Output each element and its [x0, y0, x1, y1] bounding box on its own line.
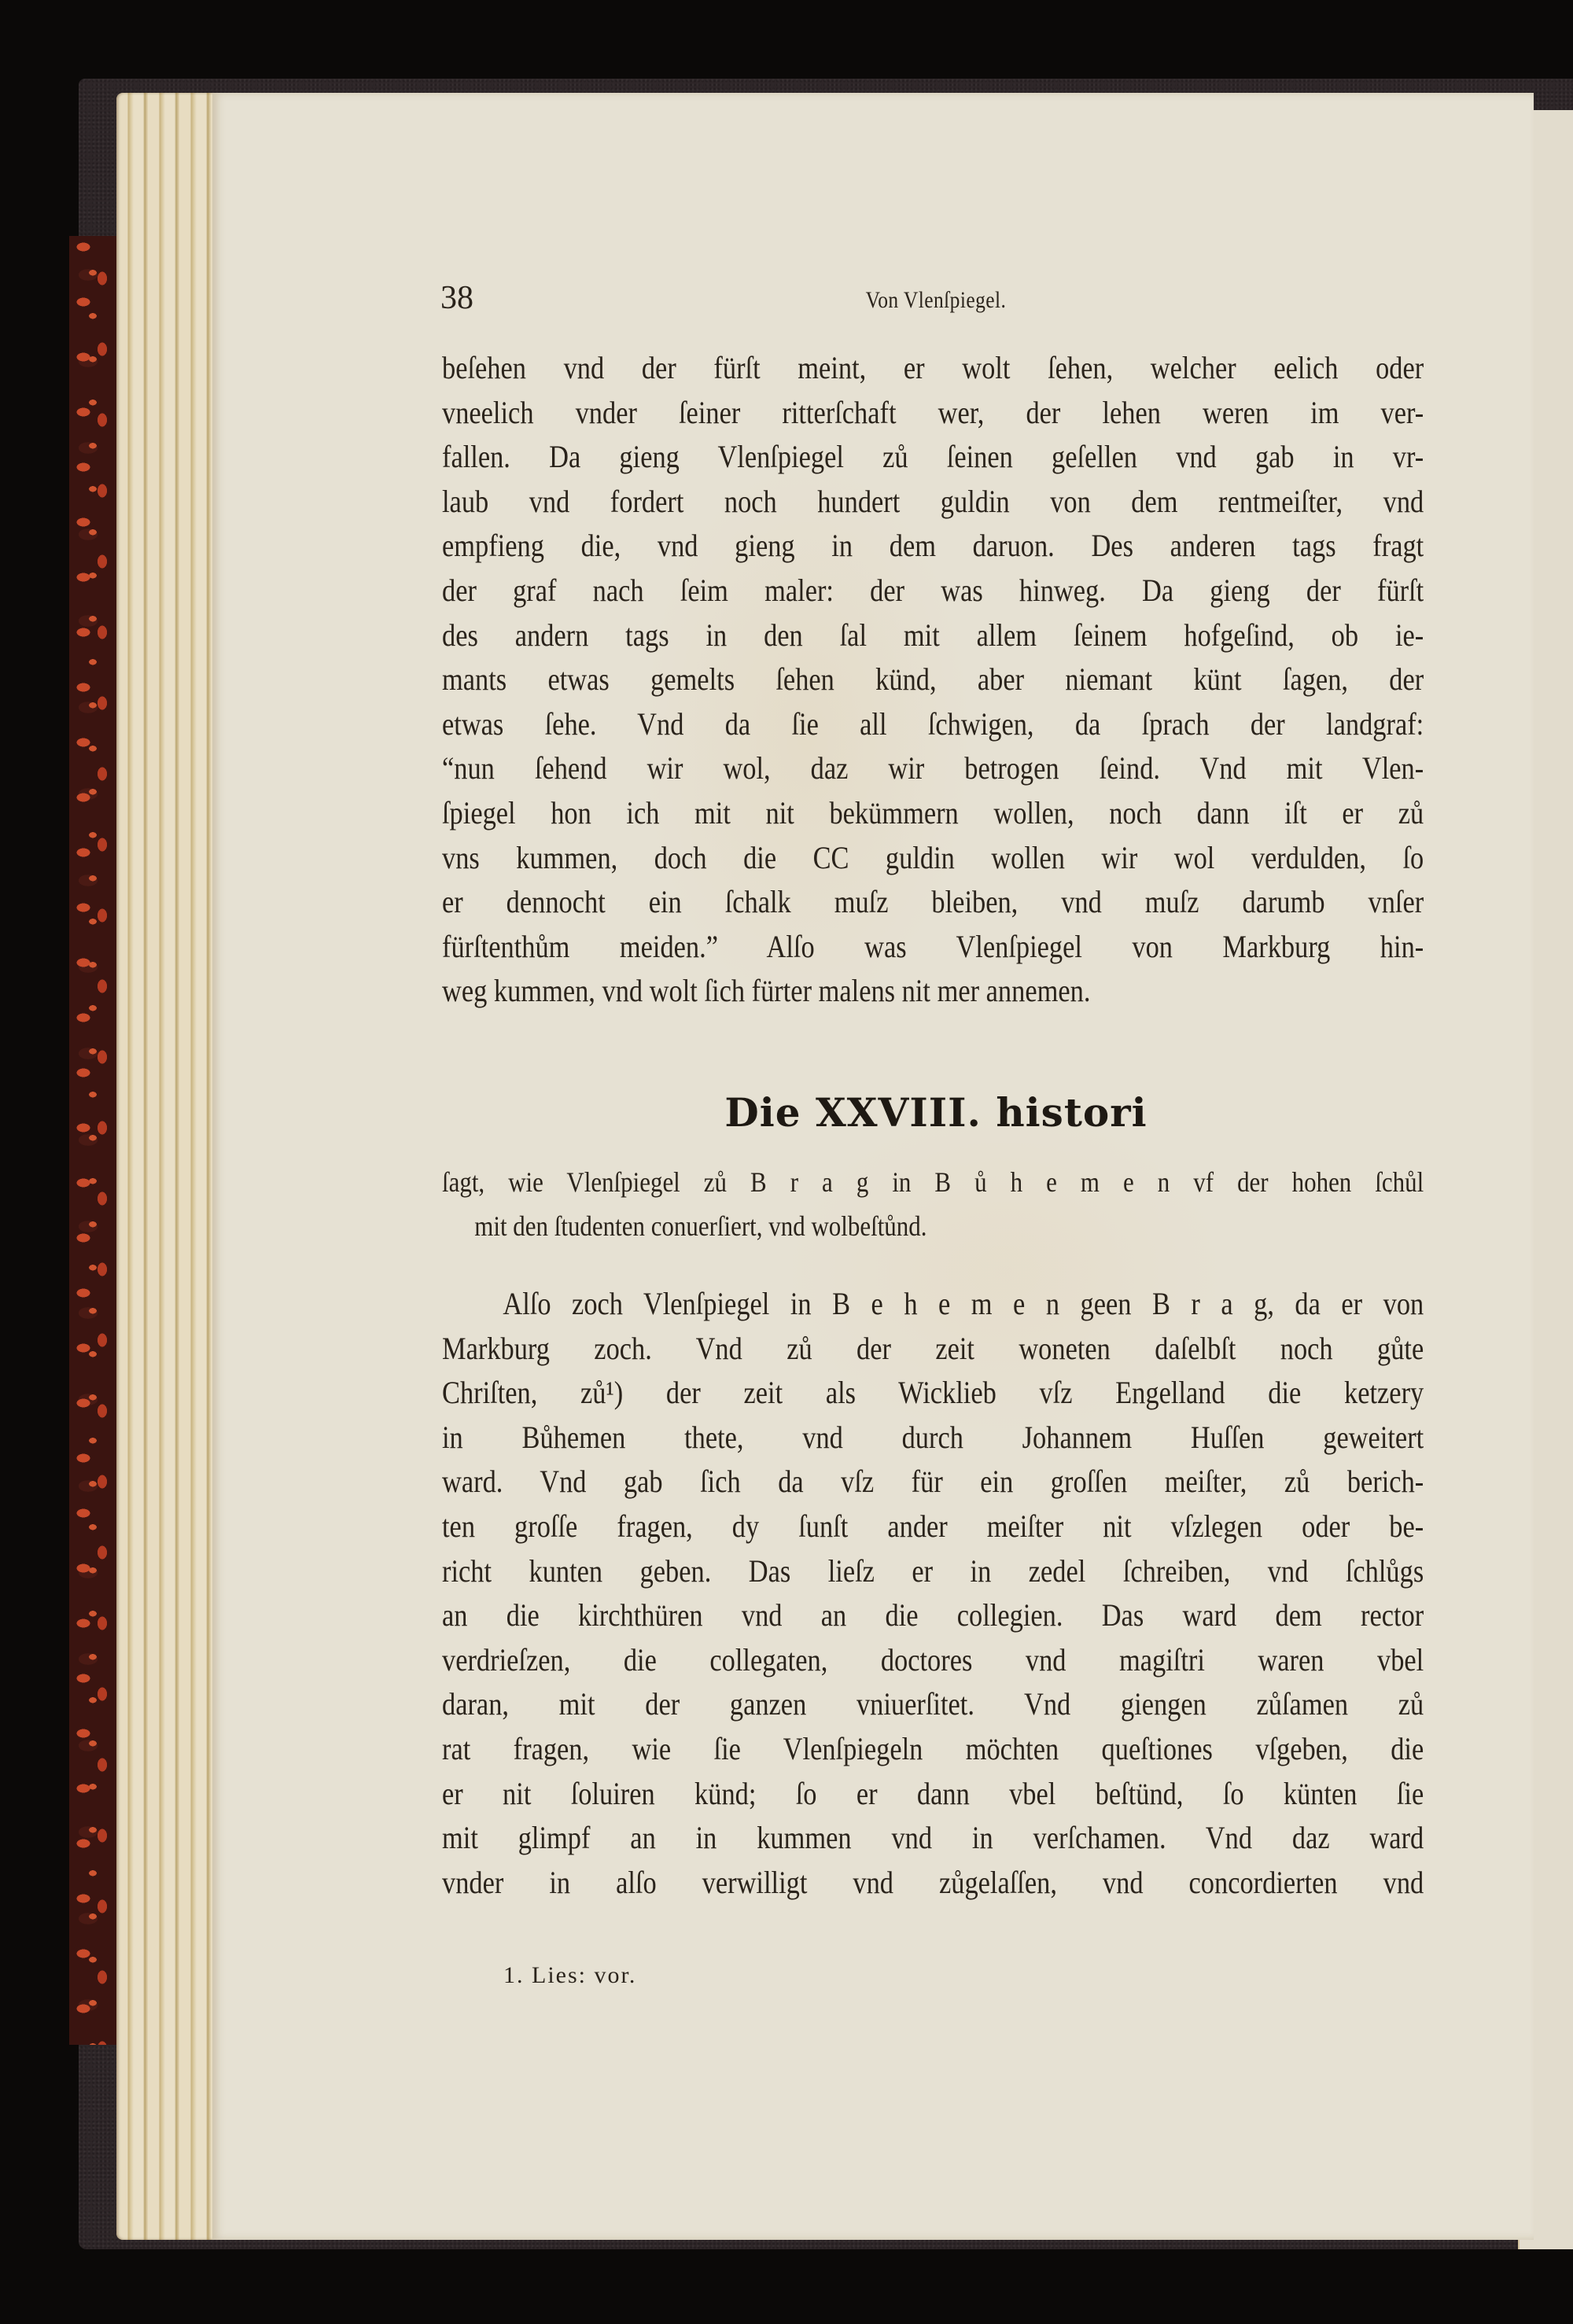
text-line: mit glimpf an in kummen vnd in verſchame…	[442, 1816, 1424, 1861]
text-line: mants etwas gemelts ſehen künd, aber nie…	[442, 657, 1424, 702]
text-line: weg kummen, vnd wolt ſich fürter malens …	[442, 969, 1424, 1014]
text-line: “nun ſehend wir wol, daz wir betrogen ſe…	[442, 746, 1424, 791]
chapter-subtitle: ſagt, wie Vlenſpiegel zů B r a g in B ů …	[442, 1160, 1424, 1248]
text-line: in Bůhemen thete, vnd durch Johannem Huſ…	[442, 1416, 1424, 1460]
text-line: ten groſſe fragen, dy ſunſt ander meiſte…	[442, 1505, 1424, 1549]
text-line: daran, mit der ganzen vniuerſitet. Vnd g…	[442, 1682, 1424, 1727]
text-line: verdrieſzen, die collegaten, doctores vn…	[442, 1638, 1424, 1683]
text-line: empfieng die, vnd gieng in dem daruon. D…	[442, 524, 1424, 569]
paragraph-1: beſehen vnd der fürſt meint, er wolt ſeh…	[442, 346, 1424, 1014]
footnote: 1. Lies: vor.	[503, 1962, 636, 1989]
text-line: laub vnd fordert noch hundert guldin von…	[442, 480, 1424, 525]
subtitle-line: mit den ſtudenten conuerſiert, vnd wolbe…	[442, 1204, 1457, 1248]
text-line: an die kirchthüren vnd an die collegien.…	[442, 1593, 1424, 1638]
text-line: fürſtenthům meiden.” Alſo was Vlenſpiege…	[442, 925, 1424, 970]
text-line: Chriſten, zů¹) der zeit als Wicklieb vſz…	[442, 1371, 1424, 1416]
text-line: fallen. Da gieng Vlenſpiegel zů ſeinen g…	[442, 435, 1424, 480]
subtitle-line: ſagt, wie Vlenſpiegel zů B r a g in B ů …	[442, 1160, 1424, 1204]
text-line: rat fragen, wie ſie Vlenſpiegeln möchten…	[442, 1727, 1424, 1772]
text-line: ward. Vnd gab ſich da vſz für ein groſſe…	[442, 1460, 1424, 1505]
chapter-heading: Die XXVIII. histori	[613, 1089, 1258, 1136]
text-line: vnder in alſo verwilligt vnd zůgelaſſen,…	[442, 1861, 1424, 1906]
text-line: Alſo zoch Vlenſpiegel in B e h e m e n g…	[442, 1282, 1424, 1327]
text-line: vns kummen, doch die CC guldin wollen wi…	[442, 836, 1424, 881]
text-line: des andern tags in den ſal mit allem ſei…	[442, 613, 1424, 658]
text-line: der graf nach ſeim maler: der was hinweg…	[442, 569, 1424, 613]
text-line: er dennocht ein ſchalk muſz bleiben, vnd…	[442, 880, 1424, 925]
page-stack-edge	[116, 93, 215, 2240]
text-line: vneelich vnder ſeiner ritterſchaft wer, …	[442, 391, 1424, 436]
paragraph-2: Alſo zoch Vlenſpiegel in B e h e m e n g…	[442, 1282, 1424, 1905]
text-line: beſehen vnd der fürſt meint, er wolt ſeh…	[442, 346, 1424, 391]
running-head: Von Vlenſpiegel.	[849, 287, 1023, 314]
text-line: ſpiegel hon ich mit nit bekümmern wollen…	[442, 791, 1424, 836]
text-line: Markburg zoch. Vnd zů der zeit woneten d…	[442, 1327, 1424, 1372]
text-line: etwas ſehe. Vnd da ſie all ſchwigen, da …	[442, 702, 1424, 747]
text-line: richt kunten geben. Das lieſz er in zede…	[442, 1549, 1424, 1594]
page-number: 38	[440, 279, 473, 317]
text-line: er nit ſoluiren künd; ſo er dann vbel be…	[442, 1772, 1424, 1817]
marbled-page-edge	[69, 236, 116, 2045]
